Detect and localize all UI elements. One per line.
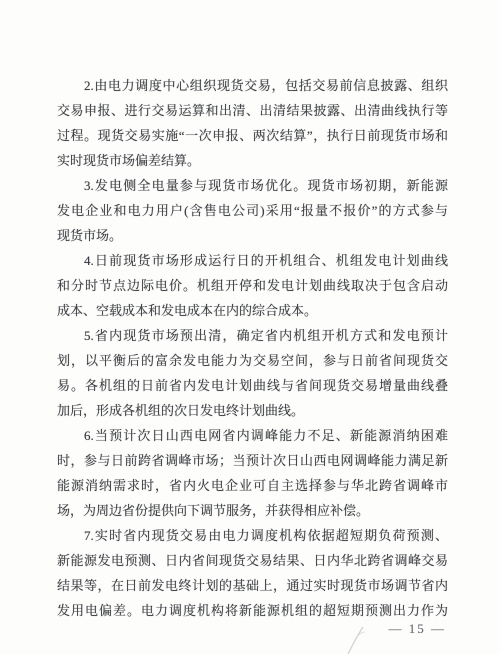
text-line: 新能源发电预测、日内省间现货交易结果、日内华北跨省调峰交易 (57, 548, 448, 573)
text-line: 能源消纳需求时，省内火电企业可自主选择参与华北跨省调峰市 (57, 473, 448, 498)
text-line: 易。各机组的日前省内发电计划曲线与省间现货交易增量曲线叠 (57, 373, 448, 398)
text-line: 过程。现货交易实施“一次申报、两次结算”，执行日前现货市场和 (57, 123, 448, 148)
text-line: 3.发电侧全电量参与现货市场优化。现货市场初期，新能源 (57, 173, 448, 198)
text-line: 5.省内现货市场预出清，确定省内机组开机方式和发电预计 (57, 323, 448, 348)
text-line: 现货市场。 (57, 223, 448, 248)
text-line: 7.实时省内现货交易由电力调度机构依据超短期负荷预测、 (57, 523, 448, 548)
text-line: 场，为周边省份提供向下调节服务，并获得相应补偿。 (57, 498, 448, 523)
text-line: 实时现货市场偏差结算。 (57, 148, 448, 173)
text-line: 加后，形成各机组的次日发电终计划曲线。 (57, 398, 448, 423)
text-line: 成本、空载成本和发电成本在内的综合成本。 (57, 298, 448, 323)
text-line: 划，以平衡后的富余发电能力为交易空间，参与日前省间现货交 (57, 348, 448, 373)
text-line: 2.由电力调度中心组织现货交易，包括交易前信息披露、组织 (57, 73, 448, 98)
text-line: 时，参与日前跨省调峰市场；当预计次日山西电网调峰能力满足新 (57, 448, 448, 473)
text-line: 交易申报、进行交易运算和出清、出清结果披露、出清曲线执行等 (57, 98, 448, 123)
pencil-stroke-artifact (332, 622, 376, 654)
text-line: 6.当预计次日山西电网省内调峰能力不足、新能源消纳困难 (57, 423, 448, 448)
text-line: 结果等，在日前发电终计划的基础上，通过实时现货市场调节省内 (57, 573, 448, 598)
document-body: 2.由电力调度中心组织现货交易，包括交易前信息披露、组织交易申报、进行交易运算和… (57, 73, 448, 623)
text-line: 4.日前现货市场形成运行日的开机组合、机组发电计划曲线 (57, 248, 448, 273)
text-line: 和分时节点边际电价。机组开停和发电计划曲线取决于包含启动 (57, 273, 448, 298)
text-line: 发电企业和电力用户(含售电公司)采用“报量不报价”的方式参与 (57, 198, 448, 223)
scanned-document-page: 2.由电力调度中心组织现货交易，包括交易前信息披露、组织交易申报、进行交易运算和… (0, 0, 500, 654)
page-number: — 15 — (389, 620, 447, 638)
